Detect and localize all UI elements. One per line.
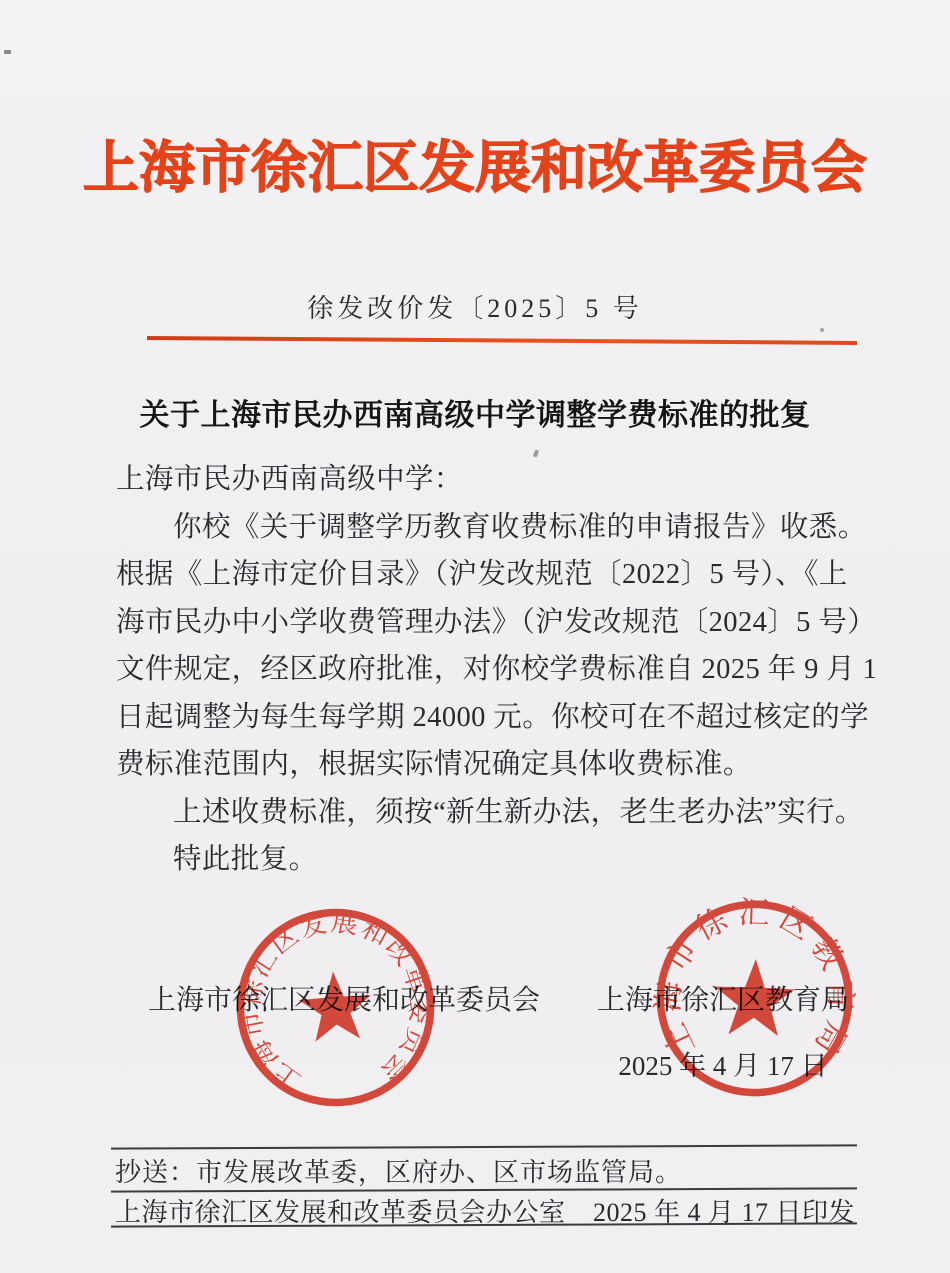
body-line: 日起调整为每生每学期 24000 元。你校可在不超过核定的学 <box>116 694 864 742</box>
doc-title: 关于上海市民办西南高级中学调整学费标准的批复 <box>0 390 950 434</box>
footer-cc-line: 抄送：市发展改革委，区府办、区市场监管局。 <box>115 1152 682 1189</box>
letterhead-org-name: 上海市徐汇区发展和改革委员会 <box>0 124 950 204</box>
seal-star-icon <box>713 958 796 1037</box>
seal-star-icon <box>297 969 374 1043</box>
body-line: 你校《关于调整学历教育收费标准的申请报告》收悉。 <box>116 504 864 552</box>
body-line: 海市民办中小学收费管理办法》（沪发改规范〔2024〕5 号） <box>116 599 864 647</box>
scan-artifact <box>820 328 824 332</box>
official-seal-development-reform-icon: 上海市徐汇区发展和改革委员会 <box>224 895 447 1120</box>
body-line: 文件规定，经区政府批准，对你校学费标准自 2025 年 9 月 1 <box>116 646 864 694</box>
red-divider-rule <box>147 336 857 345</box>
official-seal-education-bureau-icon: 上海市徐汇区教育局 <box>647 890 861 1106</box>
doc-reference-number: 徐发改价发〔2025〕5 号 <box>0 288 950 325</box>
document-page: 上海市徐汇区发展和改革委员会 徐发改价发〔2025〕5 号 关于上海市民办西南高… <box>0 0 950 1273</box>
footer-rule-top <box>111 1144 857 1149</box>
body-line-addressee: 上海市民办西南高级中学： <box>116 456 864 504</box>
scan-artifact <box>4 50 11 54</box>
body-text: 上海市民办西南高级中学： 你校《关于调整学历教育收费标准的申请报告》收悉。 根据… <box>116 456 864 884</box>
body-line: 根据《上海市定价目录》（沪发改规范〔2022〕5 号）、《上 <box>116 551 864 599</box>
body-line: 费标准范围内，根据实际情况确定具体收费标准。 <box>116 741 864 789</box>
body-line-closing: 特此批复。 <box>116 836 864 884</box>
body-line: 上述收费标准，须按“新生新办法，老生老办法”实行。 <box>116 789 864 837</box>
